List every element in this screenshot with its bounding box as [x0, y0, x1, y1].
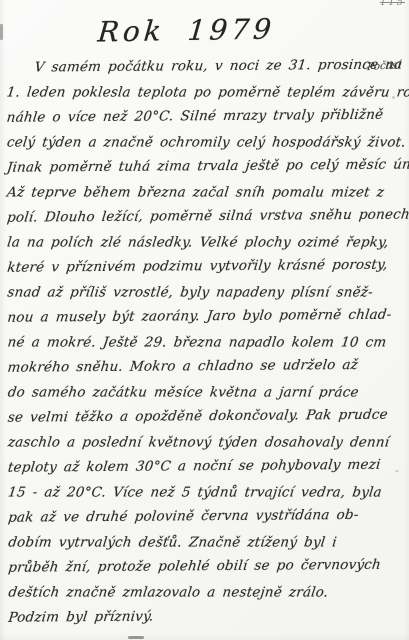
handwritten-line: deštích značně zmlazovalo a nestejně zrá…	[7, 581, 409, 606]
scan-speck	[392, 96, 395, 99]
handwritten-line: Jinak poměrně tuhá zima trvala ještě po …	[5, 153, 407, 181]
scan-speck	[395, 470, 399, 472]
handwritten-line: 1. leden poklesla teplota po poměrně tep…	[5, 81, 407, 106]
handwritten-line: Podzim byl příznivý.	[7, 603, 409, 631]
handwritten-line: které v příznivém podzimu vytvořily krás…	[6, 253, 408, 281]
page-number: 115	[380, 0, 405, 8]
handwritten-line: snad až příliš vzrostlé, byly napadeny p…	[6, 281, 408, 306]
scan-edge-mark	[0, 24, 3, 40]
handwritten-line: do samého začátku měsíce května a jarní …	[6, 381, 408, 406]
handwritten-line: polí. Dlouho ležící, poměrně silná vrstv…	[6, 203, 408, 231]
scanned-page: 115 Rok 1979 Počasí V samém počátku roku…	[0, 0, 409, 640]
handwritten-line: náhle o více než 20°C. Silné mrazy trval…	[5, 103, 407, 131]
handwritten-line: průběh žní, protože polehlé obilí se po …	[7, 553, 409, 581]
handwritten-line: Až teprve během března začal sníh pomalu…	[6, 181, 408, 206]
handwritten-text-body: V samém počátku roku, v noci ze 31. pros…	[5, 54, 406, 630]
handwritten-line: se velmi těžko a opožděně dokončovaly. P…	[6, 403, 408, 431]
handwritten-line: dobím vytrvalých dešťů. Značně ztížený b…	[7, 531, 409, 556]
ink-smudge	[128, 636, 144, 639]
handwritten-line: celý týden a značně ochromily celý hospo…	[5, 131, 407, 156]
handwritten-line: pak až ve druhé polovině června vystřídá…	[7, 503, 409, 531]
handwritten-line: 15 - až 20°C. Více než 5 týdnů trvající …	[7, 481, 409, 506]
page-title: Rok 1979	[97, 12, 277, 48]
handwritten-line: zaschlo a poslední květnový týden dosaho…	[6, 431, 408, 456]
handwritten-line: la na polích zlé následky. Velké plochy …	[6, 231, 408, 256]
handwritten-line: V samém počátku roku, v noci ze 31. pros…	[5, 53, 407, 81]
handwritten-line: nou a musely být zaorány. Jaro bylo pomě…	[6, 303, 408, 331]
handwritten-line: mokrého sněhu. Mokro a chladno se udržel…	[6, 353, 408, 381]
handwritten-line: né a mokré. Ještě 29. března napadlo kol…	[6, 331, 408, 356]
handwritten-line: teploty až kolem 30°C a noční se pohybov…	[6, 453, 408, 481]
